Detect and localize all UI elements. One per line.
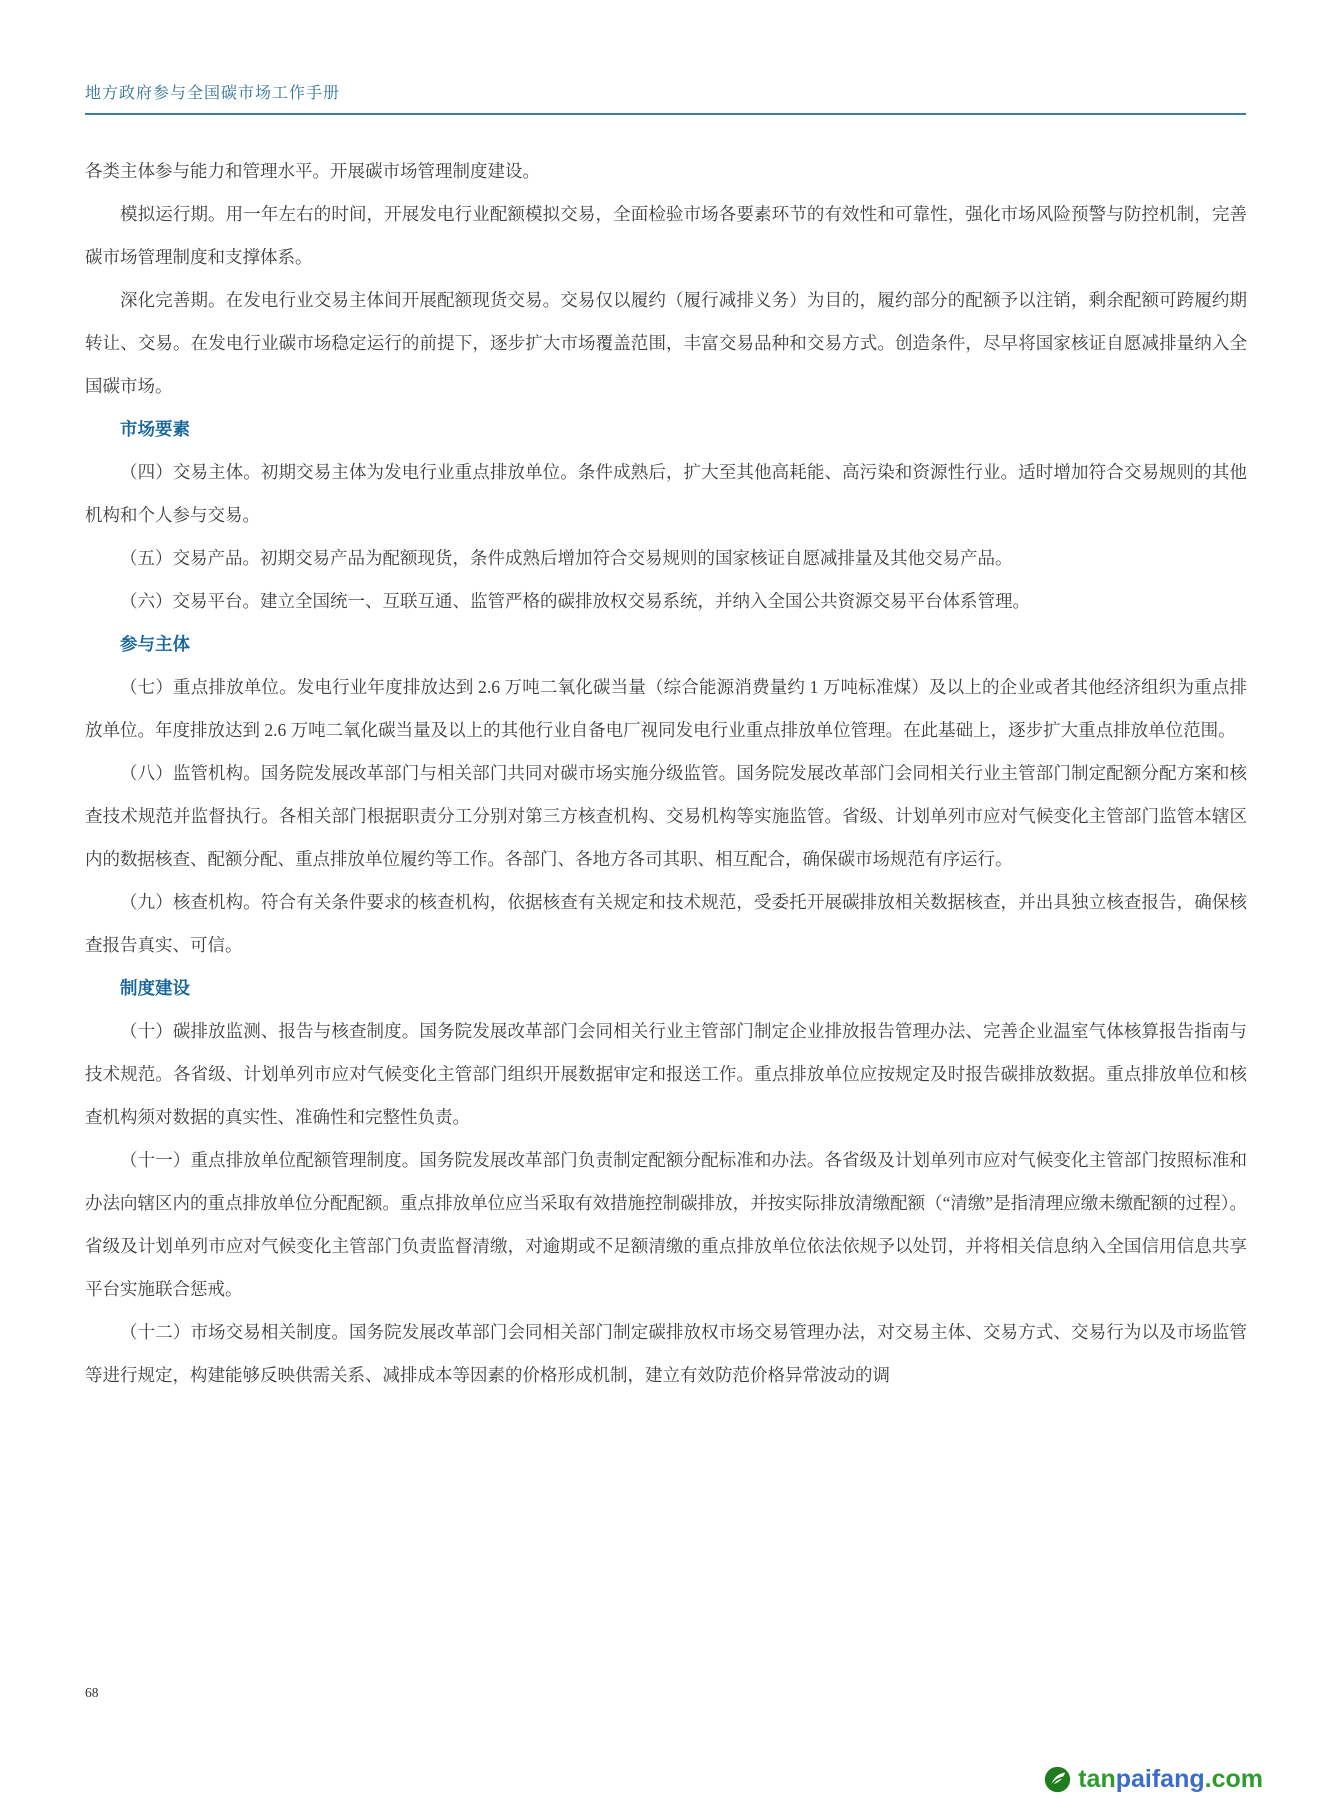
- document-page: 地方政府参与全国碳市场工作手册 各类主体参与能力和管理水平。开展碳市场管理制度建…: [0, 0, 1331, 1806]
- paragraph: （十二）市场交易相关制度。国务院发展改革部门会同相关部门制定碳排放权市场交易管理…: [85, 1311, 1247, 1397]
- paragraph: （七）重点排放单位。发电行业年度排放达到 2.6 万吨二氧化碳当量（综合能源消费…: [85, 666, 1247, 752]
- paragraph: 模拟运行期。用一年左右的时间，开展发电行业配额模拟交易，全面检验市场各要素环节的…: [85, 193, 1247, 279]
- paragraph: 深化完善期。在发电行业交易主体间开展配额现货交易。交易仅以履约（履行减排义务）为…: [85, 279, 1247, 408]
- page-header: 地方政府参与全国碳市场工作手册: [85, 80, 1246, 115]
- logo-text: tanpaifang.com: [1078, 1765, 1263, 1794]
- paragraph: （六）交易平台。建立全国统一、互联互通、监管严格的碳排放权交易系统，并纳入全国公…: [85, 580, 1247, 623]
- tanpaifang-logo: tanpaifang.com: [1044, 1765, 1263, 1794]
- recycle-leaf-icon: [1044, 1766, 1071, 1793]
- paragraph: （九）核查机构。符合有关条件要求的核查机构，依据核查有关规定和技术规范，受委托开…: [85, 881, 1247, 967]
- paragraph: （十一）重点排放单位配额管理制度。国务院发展改革部门负责制定配额分配标准和办法。…: [85, 1139, 1247, 1311]
- section-heading-participants: 参与主体: [85, 623, 1247, 666]
- paragraph: （八）监管机构。国务院发展改革部门与相关部门共同对碳市场实施分级监管。国务院发展…: [85, 752, 1247, 881]
- page-number: 68: [85, 1685, 99, 1701]
- document-body: 各类主体参与能力和管理水平。开展碳市场管理制度建设。 模拟运行期。用一年左右的时…: [85, 150, 1247, 1397]
- logo-text-com: .com: [1205, 1765, 1263, 1793]
- header-rule: [85, 113, 1246, 115]
- paragraph: 各类主体参与能力和管理水平。开展碳市场管理制度建设。: [85, 150, 1247, 193]
- section-heading-market-elements: 市场要素: [85, 408, 1247, 451]
- document-title: 地方政府参与全国碳市场工作手册: [85, 80, 1246, 113]
- paragraph: （十）碳排放监测、报告与核查制度。国务院发展改革部门会同相关行业主管部门制定企业…: [85, 1010, 1247, 1139]
- paragraph: （四）交易主体。初期交易主体为发电行业重点排放单位。条件成熟后，扩大至其他高耗能…: [85, 451, 1247, 537]
- logo-text-paifang: paifang: [1116, 1765, 1205, 1793]
- section-heading-system-building: 制度建设: [85, 967, 1247, 1010]
- paragraph: （五）交易产品。初期交易产品为配额现货，条件成熟后增加符合交易规则的国家核证自愿…: [85, 537, 1247, 580]
- logo-text-tan: tan: [1078, 1765, 1116, 1793]
